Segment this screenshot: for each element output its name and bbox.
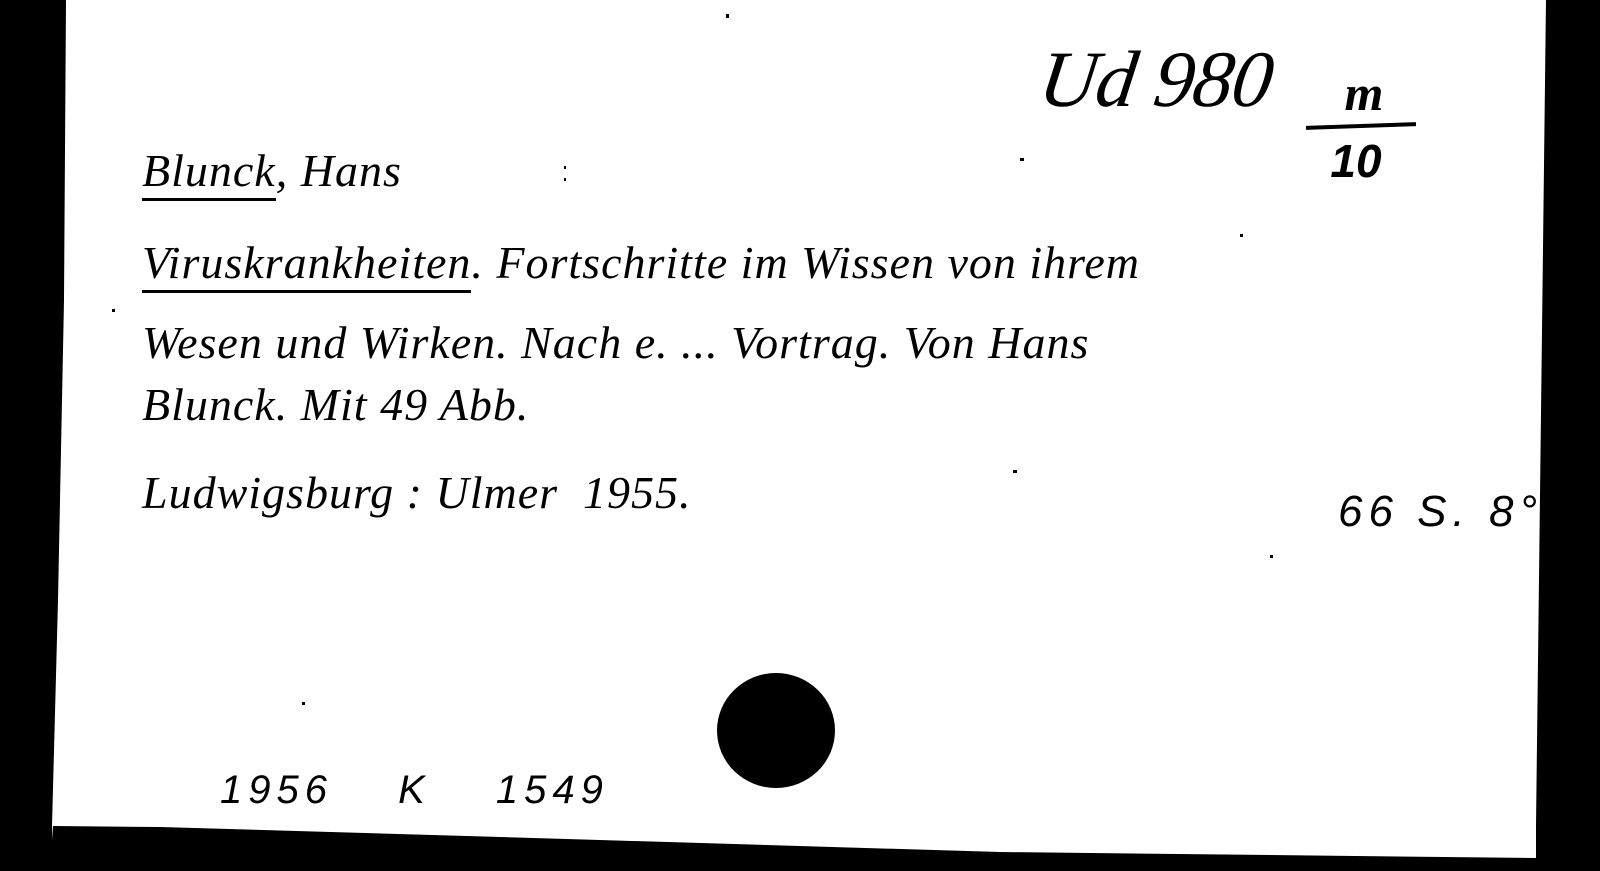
author-heading: Blunck, Hans [142, 148, 402, 194]
imprint-year: 1955. [583, 467, 692, 518]
title-subtitle: . Fortschritte im Wissen von ihrem [471, 237, 1140, 288]
scan-speck [1020, 158, 1024, 161]
accession-year: 1956 [220, 770, 333, 810]
scan-speck [1270, 555, 1273, 558]
title-main: Viruskrankheiten [142, 237, 471, 293]
title-line-1: Viruskrankheiten. Fortschritte im Wissen… [142, 240, 1140, 286]
fraction-bar [1306, 122, 1416, 130]
author-surname: Blunck [142, 145, 276, 201]
scan-speck [726, 14, 729, 18]
collation: 66 S. 8° [1338, 490, 1543, 534]
author-forename: Hans [301, 145, 402, 196]
scan-speck [1013, 470, 1017, 473]
call-number: Ud 980 [1034, 40, 1277, 120]
title-line-3: Blunck. Mit 49 Abb. [142, 382, 529, 428]
imprint-separator: : [407, 467, 423, 518]
author-separator: , [276, 145, 289, 196]
imprint-publisher: Ulmer [435, 467, 558, 518]
scan-speck [1240, 234, 1243, 237]
imprint: Ludwigsburg : Ulmer 1955. [142, 470, 692, 516]
title-line-2: Wesen und Wirken. Nach e. ... Vortrag. V… [142, 320, 1089, 366]
scan-speck [564, 178, 566, 181]
punch-hole [717, 673, 835, 788]
scan-speck [564, 166, 566, 169]
scan-speck [112, 309, 115, 312]
call-number-numerator: m [1324, 64, 1404, 122]
call-number-fraction: m 10 [1306, 64, 1418, 194]
accession-number-value: 1549 [496, 770, 609, 810]
call-number-denominator: 10 [1316, 134, 1396, 188]
catalog-card: Ud 980 m 10 Blunck, Hans Viruskrankheite… [0, 0, 1600, 871]
scan-speck [302, 702, 305, 705]
imprint-place: Ludwigsburg [142, 467, 394, 518]
accession-letter: K [398, 770, 431, 810]
accession-number: 1956 K 1549 [220, 770, 609, 810]
